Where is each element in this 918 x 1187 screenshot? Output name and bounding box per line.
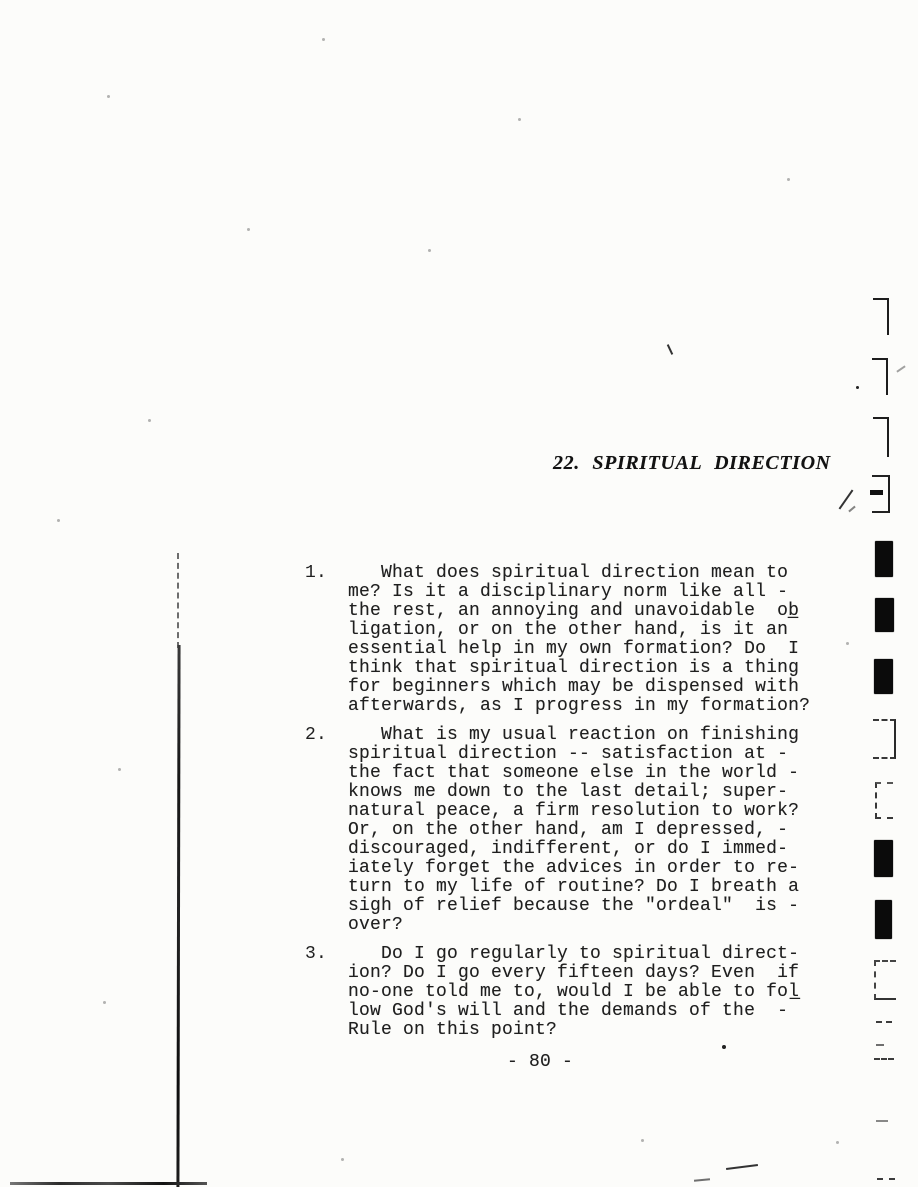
binding-mark — [873, 417, 889, 457]
binding-mark — [876, 1120, 888, 1122]
binding-hole — [875, 598, 894, 632]
binding-hole — [874, 659, 893, 694]
paragraph: 2. What is my usual reaction on finishin… — [305, 726, 835, 935]
scan-speck — [846, 642, 849, 645]
chapter-heading: 22. SPIRITUAL DIRECTION — [553, 452, 831, 475]
paragraph: 1. What does spiritual direction mean to… — [305, 564, 835, 716]
binding-hole — [875, 900, 892, 939]
binding-mark — [873, 719, 896, 759]
scan-speck — [836, 1141, 839, 1144]
paragraph-text: What is my usual reaction on finishing s… — [348, 726, 799, 935]
scanned-document-page: 22. SPIRITUAL DIRECTION 1. What does spi… — [0, 0, 918, 1187]
binding-mark-detail — [870, 490, 883, 495]
scan-speck — [103, 1001, 106, 1004]
binding-mark — [873, 298, 889, 335]
binding-mark — [872, 475, 890, 513]
scan-speck — [787, 178, 790, 181]
scan-speck — [848, 506, 855, 513]
paragraph-number: 3. — [305, 945, 348, 1040]
pen-stroke — [839, 490, 854, 510]
paragraph-text: What does spiritual direction mean to me… — [348, 564, 810, 716]
scan-speck — [722, 1045, 726, 1049]
paragraph: 3. Do I go regularly to spiritual direct… — [305, 945, 835, 1040]
binding-mark — [872, 358, 888, 395]
binding-hole — [875, 541, 893, 577]
scan-speck — [641, 1139, 644, 1142]
binding-mark — [877, 1178, 895, 1180]
scan-speck — [856, 386, 859, 389]
binding-mark — [876, 1021, 892, 1023]
left-fold-line-top — [177, 553, 179, 648]
paragraph-list: 1. What does spiritual direction mean to… — [305, 564, 835, 1050]
binding-mark — [874, 960, 896, 1000]
bottom-edge-line — [10, 1182, 207, 1185]
pen-stroke — [726, 1164, 758, 1170]
page-number: - 80 - — [507, 1052, 573, 1072]
scan-speck — [322, 38, 325, 41]
paragraph-number: 2. — [305, 726, 348, 935]
scan-speck — [341, 1158, 344, 1161]
scan-speck — [118, 768, 121, 771]
pen-stroke — [667, 344, 673, 355]
pen-stroke — [694, 1178, 710, 1181]
paragraph-number: 1. — [305, 564, 348, 716]
paragraph-text: Do I go regularly to spiritual direct- i… — [348, 945, 799, 1040]
scan-speck — [148, 419, 151, 422]
left-fold-line — [176, 645, 180, 1187]
scan-speck — [428, 249, 431, 252]
binding-mark — [874, 1058, 894, 1060]
scan-speck — [518, 118, 521, 121]
scan-speck — [896, 365, 905, 372]
binding-hole — [874, 840, 893, 877]
scan-speck — [247, 228, 250, 231]
scan-speck — [107, 95, 110, 98]
scan-speck — [57, 519, 60, 522]
binding-mark — [875, 782, 893, 819]
binding-mark — [876, 1044, 884, 1046]
